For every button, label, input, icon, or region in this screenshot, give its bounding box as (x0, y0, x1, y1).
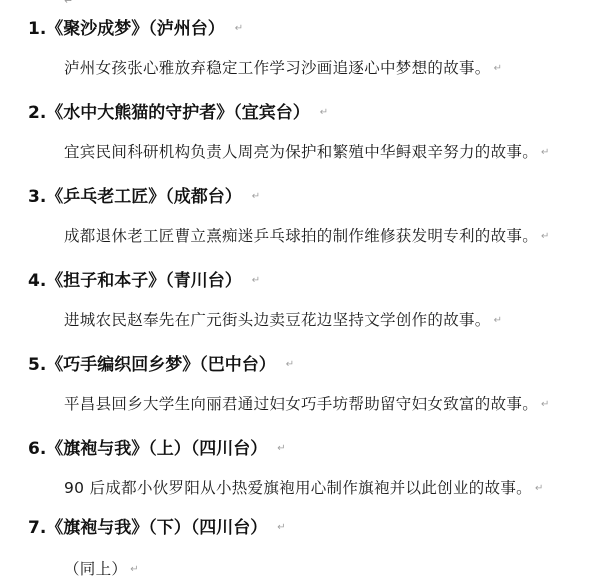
paragraph-mark: ↵ (277, 443, 285, 454)
item-title: 《水中大熊猫的守护者》（宜宾台） (46, 103, 310, 123)
paragraph-mark: ↵ (494, 63, 503, 74)
description-text: （同上） (64, 560, 127, 578)
item-heading: 7.《旗袍与我》（下）（四川台）↵ (28, 516, 286, 540)
paragraph-mark: ↵ (494, 315, 503, 326)
description-text: 泸州女孩张心雅放弃稳定工作学习沙画追逐心中梦想的故事。 (64, 59, 491, 77)
item-number: 6. (28, 439, 46, 459)
paragraph-mark: ↵ (130, 564, 139, 575)
item-title: 《担子和本子》（青川台） (46, 271, 242, 291)
item-title: 《旗袍与我》（上）（四川台） (46, 439, 267, 459)
paragraph-mark: ↵ (252, 191, 260, 202)
item-heading: 4.《担子和本子》（青川台）↵ (28, 269, 260, 293)
item-number: 5. (28, 355, 46, 375)
description-text: 平昌县回乡大学生向丽君通过妇女巧手坊帮助留守妇女致富的故事。 (64, 395, 538, 413)
item-number: 1. (28, 19, 46, 39)
paragraph-mark: ↵ (286, 359, 294, 370)
item-heading: 6.《旗袍与我》（上）（四川台）↵ (28, 437, 286, 461)
item-title: 《旗袍与我》（下）（四川台） (46, 518, 267, 538)
paragraph-mark: ↵ (541, 231, 550, 242)
paragraph-mark: ↵ (64, 0, 73, 7)
item-title: 《乒乓老工匠》（成都台） (46, 187, 242, 207)
item-description: 90 后成都小伙罗阳从小热爱旗袍用心制作旗袍并以此创业的故事。↵ (64, 476, 544, 501)
paragraph-mark: ↵ (541, 147, 550, 158)
item-number: 2. (28, 103, 46, 123)
paragraph-mark: ↵ (235, 23, 243, 34)
item-heading: 1.《聚沙成梦》（泸州台）↵ (28, 17, 243, 41)
paragraph-mark: ↵ (252, 275, 260, 286)
item-description: 成都退休老工匠曹立熹痴迷乒乓球拍的制作维修获发明专利的故事。↵ (64, 224, 550, 249)
paragraph-mark: ↵ (320, 107, 328, 118)
paragraph-mark: ↵ (535, 483, 544, 494)
item-description: 进城农民赵奉先在广元街头边卖豆花边坚持文学创作的故事。↵ (64, 308, 502, 333)
item-heading: 2.《水中大熊猫的守护者》（宜宾台）↵ (28, 101, 328, 125)
item-number: 3. (28, 187, 46, 207)
description-text: 进城农民赵奉先在广元街头边卖豆花边坚持文学创作的故事。 (64, 311, 491, 329)
paragraph-mark: ↵ (277, 522, 285, 533)
item-title: 《聚沙成梦》（泸州台） (46, 19, 225, 39)
item-number: 7. (28, 518, 46, 538)
item-number: 4. (28, 271, 46, 291)
description-text: 成都退休老工匠曹立熹痴迷乒乓球拍的制作维修获发明专利的故事。 (64, 227, 538, 245)
item-description: 泸州女孩张心雅放弃稳定工作学习沙画追逐心中梦想的故事。↵ (64, 56, 502, 81)
item-title: 《巧手编织回乡梦》（巴中台） (46, 355, 276, 375)
item-heading: 3.《乒乓老工匠》（成都台）↵ (28, 185, 260, 209)
description-text: 宜宾民间科研机构负责人周亮为保护和繁殖中华鲟艰辛努力的故事。 (64, 143, 538, 161)
description-text: 90 后成都小伙罗阳从小热爱旗袍用心制作旗袍并以此创业的故事。 (64, 479, 532, 497)
item-description: 宜宾民间科研机构负责人周亮为保护和繁殖中华鲟艰辛努力的故事。↵ (64, 140, 550, 165)
item-heading: 5.《巧手编织回乡梦》（巴中台）↵ (28, 353, 294, 377)
paragraph-mark: ↵ (541, 399, 550, 410)
item-description: （同上）↵ (64, 557, 139, 582)
item-description: 平昌县回乡大学生向丽君通过妇女巧手坊帮助留守妇女致富的故事。↵ (64, 392, 550, 417)
